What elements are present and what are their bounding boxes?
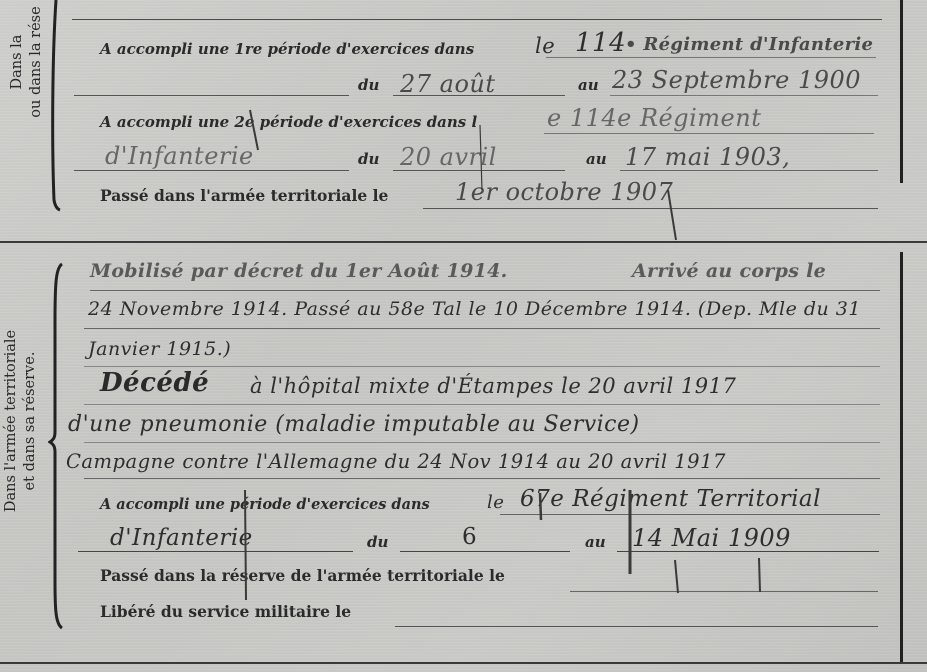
handwriting-strokes <box>0 0 927 672</box>
